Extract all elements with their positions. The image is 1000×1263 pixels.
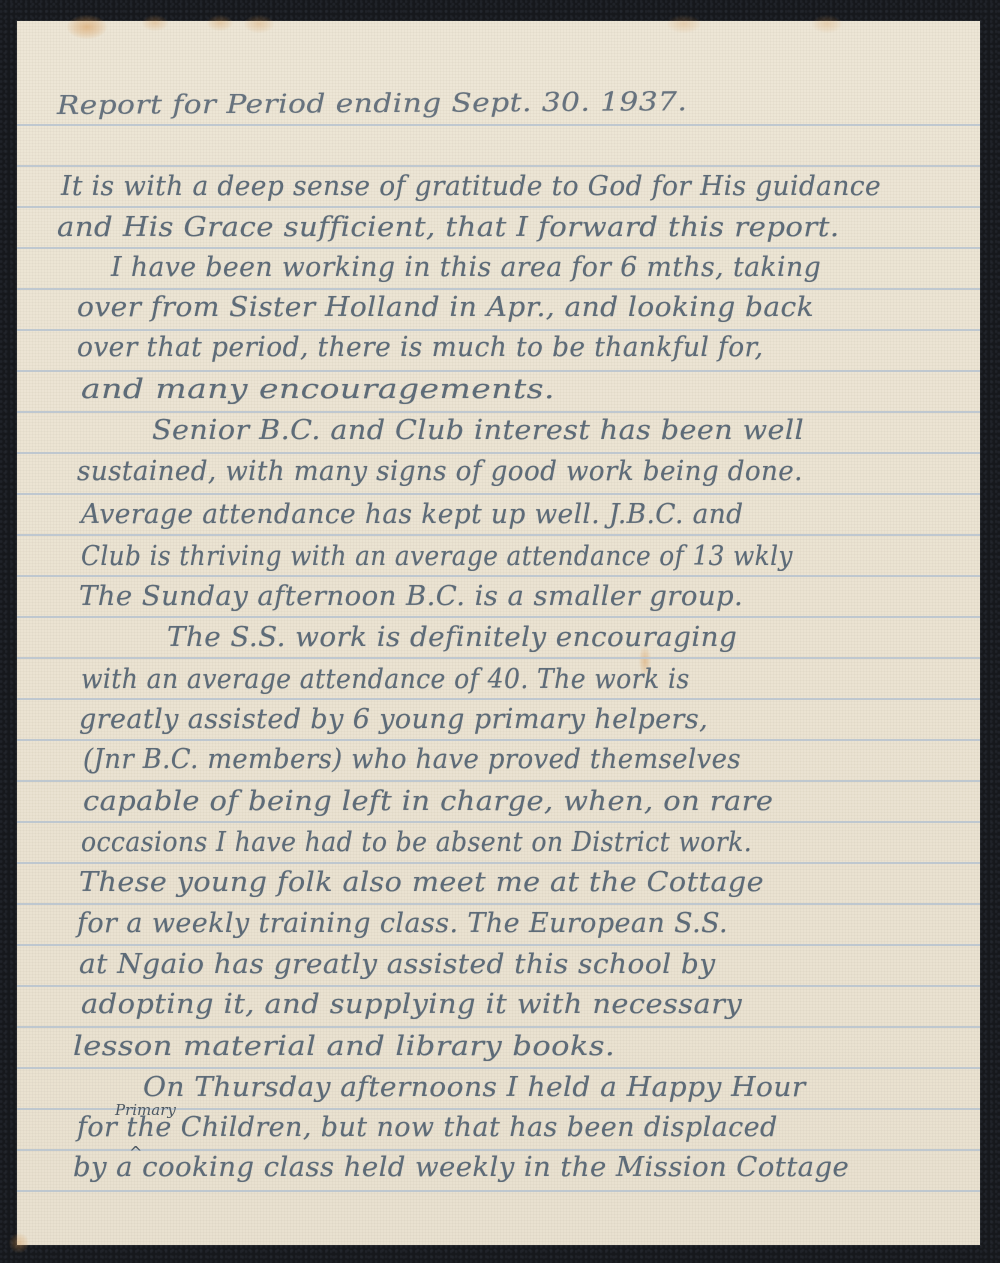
ruled-line — [17, 493, 980, 495]
rust-stain — [667, 15, 701, 33]
ruled-line — [17, 247, 980, 249]
ruled-line — [17, 821, 980, 823]
ruled-line — [17, 780, 980, 782]
text-line: The S.S. work is definitely encouraging — [167, 624, 737, 651]
ruled-line — [17, 411, 980, 413]
ruled-line — [17, 1026, 980, 1028]
text-line: for a weekly training class. The Europea… — [77, 910, 728, 937]
text-line: with an average attendance of 40. The wo… — [81, 666, 690, 693]
text-line: I have been working in this area for 6 m… — [111, 254, 821, 281]
text-line: Senior B.C. and Club interest has been w… — [152, 417, 804, 444]
text-line: and many encouragements. — [81, 376, 555, 403]
text-line: It is with a deep sense of gratitude to … — [61, 173, 881, 200]
text-line: On Thursday afternoons I held a Happy Ho… — [143, 1074, 806, 1101]
text-line: Club is thriving with an average attenda… — [81, 543, 793, 570]
rust-stain — [244, 15, 274, 33]
text-line: occasions I have had to be absent on Dis… — [81, 829, 752, 856]
ruled-line — [17, 739, 980, 741]
ruled-line — [17, 903, 980, 905]
rust-stain — [67, 15, 107, 39]
text-line: (Jnr B.C. members) who have proved thems… — [83, 746, 741, 773]
text-line: over from Sister Holland in Apr., and lo… — [77, 294, 814, 321]
text-line: sustained, with many signs of good work … — [77, 458, 803, 485]
rust-stain — [142, 15, 168, 31]
ruled-line — [17, 329, 980, 331]
report-title: Report for Period ending Sept. 30. 1937. — [57, 89, 688, 119]
text-line: over that period, there is much to be th… — [77, 334, 763, 361]
ruled-line — [17, 698, 980, 700]
rust-stain — [9, 1233, 29, 1253]
ruled-line — [17, 534, 980, 536]
text-line: at Ngaio has greatly assisted this schoo… — [79, 951, 716, 978]
ruled-line — [17, 370, 980, 372]
rust-stain — [207, 15, 233, 31]
text-line: adopting it, and supplying it with neces… — [81, 991, 742, 1018]
ruled-line — [17, 616, 980, 618]
ruled-line — [17, 862, 980, 864]
text-line: greatly assisted by 6 young primary help… — [79, 706, 708, 733]
text-line: The Sunday afternoon B.C. is a smaller g… — [79, 583, 743, 610]
ruled-line — [17, 452, 980, 454]
letter-page: Report for Period ending Sept. 30. 1937.… — [17, 21, 980, 1245]
ruled-line — [17, 575, 980, 577]
ruled-line — [17, 288, 980, 290]
ruled-line — [17, 944, 980, 946]
insertion-caret: ^ — [129, 1143, 142, 1162]
ruled-line — [17, 657, 980, 659]
text-line: and His Grace sufficient, that I forward… — [57, 214, 840, 241]
ruled-line — [17, 1190, 980, 1192]
inserted-word: Primary — [115, 1101, 176, 1119]
ruled-line — [17, 165, 980, 167]
text-line: capable of being left in charge, when, o… — [83, 788, 773, 815]
ruled-line — [17, 1067, 980, 1069]
ruled-line — [17, 1149, 980, 1151]
ruled-line — [17, 124, 980, 126]
ruled-line — [17, 985, 980, 987]
ruled-line — [17, 206, 980, 208]
text-line: for the Children, but now that has been … — [77, 1114, 778, 1141]
text-line: by a cooking class held weekly in the Mi… — [73, 1154, 849, 1181]
text-line: lesson material and library books. — [73, 1033, 615, 1060]
text-line: These young folk also meet me at the Cot… — [79, 869, 764, 896]
rust-stain — [812, 15, 842, 33]
text-line: Average attendance has kept up well. J.B… — [81, 501, 744, 528]
